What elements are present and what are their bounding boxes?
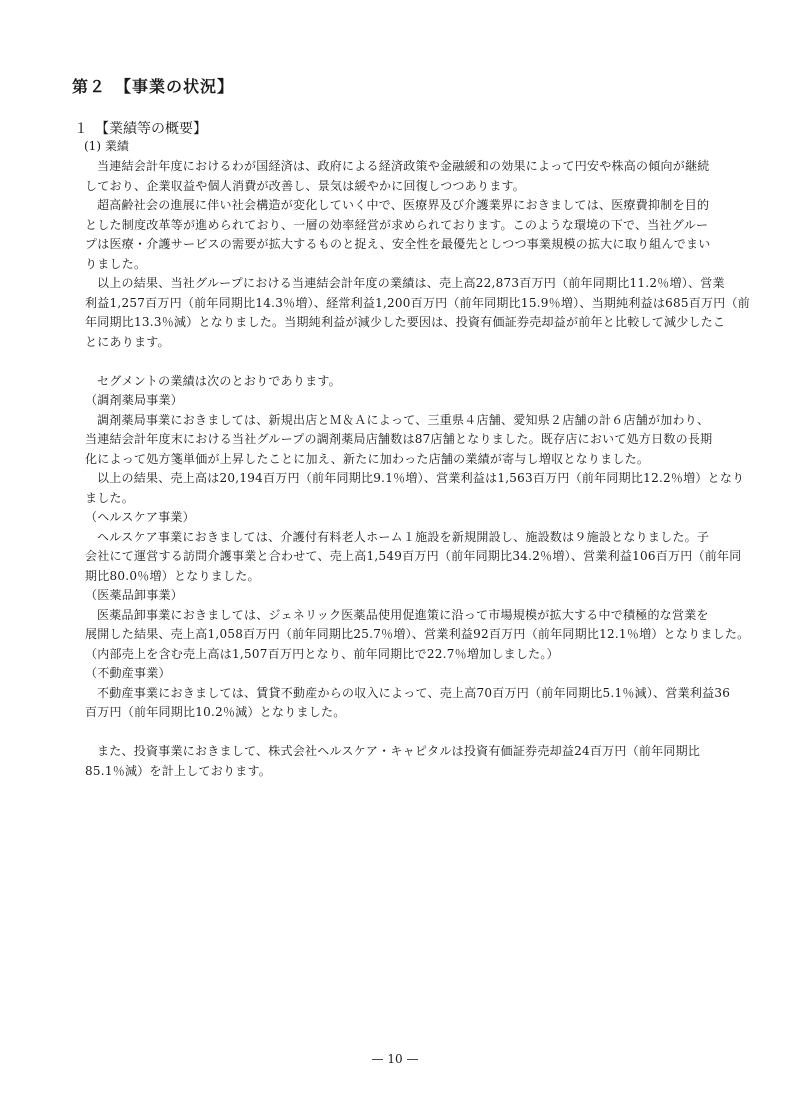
text-line: 以上の結果、売上高は20,194百万円（前年同期比9.1％増）、営業利益は1,5… [85, 469, 717, 489]
text-line: （医薬品卸事業） [85, 586, 717, 606]
text-line: 展開した結果、売上高1,058百万円（前年同期比25.7％増）、営業利益92百万… [85, 625, 717, 645]
text-line: ました。 [85, 489, 717, 509]
text-line: 調剤薬局事業におきましては、新規出店とＭ＆Ａによって、三重県４店舗、愛知県２店舗… [85, 411, 717, 431]
chapter-heading: 第２ 【事業の状況】 [72, 74, 234, 97]
text-line: 85.1％減）を計上しております。 [85, 762, 717, 782]
text-line: 化によって処方箋単価が上昇したことに加え、新たに加わった店舗の業績が寄与し増収と… [85, 450, 717, 470]
text-line: 当連結会計年度におけるわが国経済は、政府による経済政策や金融緩和の効果によって円… [85, 157, 717, 177]
text-line: （内部売上を含む売上高は1,507百万円となり、前年同期比で22.7％増加しまし… [85, 645, 717, 665]
text-line: 超高齢社会の進展に伴い社会構造が変化していく中で、医療界及び介護業界におきまして… [85, 196, 717, 216]
text-line: また、投資事業におきまして、株式会社ヘルスケア・キャピタルは投資有価証券売却益2… [85, 742, 717, 762]
text-line: 当連結会計年度末における当社グループの調剤薬局店舗数は87店舗となりました。既存… [85, 430, 717, 450]
body-text: 当連結会計年度におけるわが国経済は、政府による経済政策や金融緩和の効果によって円… [85, 157, 717, 781]
text-line: ヘルスケア事業におきましては、介護付有料老人ホーム１施設を新規開設し、施設数は９… [85, 528, 717, 548]
text-line: 期比80.0％増）となりました。 [85, 567, 717, 587]
text-line: 百万円（前年同期比10.2％減）となりました。 [85, 703, 717, 723]
document-page: 第２ 【事業の状況】 １ 【業績等の概要】 (1) 業績 当連結会計年度における… [0, 0, 790, 1118]
text-line: とした制度改革等が進められており、一層の効率経営が求められております。このような… [85, 216, 717, 236]
text-line: 不動産事業におきましては、賃貸不動産からの収入によって、売上高70百万円（前年同… [85, 684, 717, 704]
subsection-heading: (1) 業績 [84, 137, 129, 154]
blank-line [85, 352, 717, 372]
page-number: — 10 — [0, 1052, 790, 1066]
text-line: 利益1,257百万円（前年同期比14.3％増）、経常利益1,200百万円（前年同… [85, 294, 717, 314]
text-line: 以上の結果、当社グループにおける当連結会計年度の業績は、売上高22,873百万円… [85, 274, 717, 294]
text-line: セグメントの業績は次のとおりであります。 [85, 372, 717, 392]
text-line: プは医療・介護サービスの需要が拡大するものと捉え、安全性を最優先としつつ事業規模… [85, 235, 717, 255]
text-line: 年同期比13.3％減）となりました。当期純利益が減少した要因は、投資有価証券売却… [85, 313, 717, 333]
text-line: とにあります。 [85, 333, 717, 353]
text-line: 医薬品卸事業におきましては、ジェネリック医薬品使用促進策に沿って市場規模が拡大す… [85, 606, 717, 626]
text-line: （調剤薬局事業） [85, 391, 717, 411]
blank-line [85, 723, 717, 743]
text-line: （不動産事業） [85, 664, 717, 684]
text-line: 会社にて運営する訪問介護事業と合わせて、売上高1,549百万円（前年同期比34.… [85, 547, 717, 567]
section-heading: １ 【業績等の概要】 [74, 118, 207, 138]
text-line: りました。 [85, 255, 717, 275]
text-line: （ヘルスケア事業） [85, 508, 717, 528]
text-line: しており、企業収益や個人消費が改善し、景気は緩やかに回復しつつあります。 [85, 177, 717, 197]
